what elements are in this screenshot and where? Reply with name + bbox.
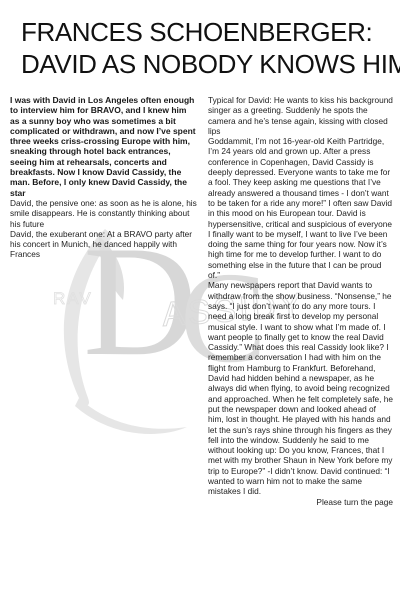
- caption-exuberant: David, the exuberant one: At a BRAVO par…: [10, 229, 197, 260]
- turn-page-note: Please turn the page: [208, 497, 393, 507]
- watermark-swoosh-tail-icon: [75, 398, 187, 434]
- paragraph-newspapers: Many newspapers report that David wants …: [208, 280, 393, 496]
- intro-paragraph: I was with David in Los Angeles often en…: [10, 95, 197, 198]
- page-title-line-1: FRANCES SCHOENBERGER:: [21, 16, 393, 48]
- page-title: FRANCES SCHOENBERGER: DAVID AS NOBODY KN…: [21, 16, 393, 80]
- paragraph-typical-for-david: Typical for David: He wants to kiss his …: [208, 95, 393, 136]
- watermark-outline-text-left: RAV: [53, 289, 93, 308]
- left-column: I was with David in Los Angeles often en…: [10, 95, 197, 260]
- paragraph-goddammit: Goddammit, I’m not 16-year-old Keith Par…: [208, 136, 393, 280]
- page-title-line-2: DAVID AS NOBODY KNOWS HIM: [21, 48, 393, 80]
- caption-pensive: David, the pensive one: as soon as he is…: [10, 198, 197, 229]
- right-column: Typical for David: He wants to kiss his …: [208, 95, 393, 507]
- article-page: D C RAV ASSIDY FRANCES SCHOENBERGER: DAV…: [0, 0, 400, 600]
